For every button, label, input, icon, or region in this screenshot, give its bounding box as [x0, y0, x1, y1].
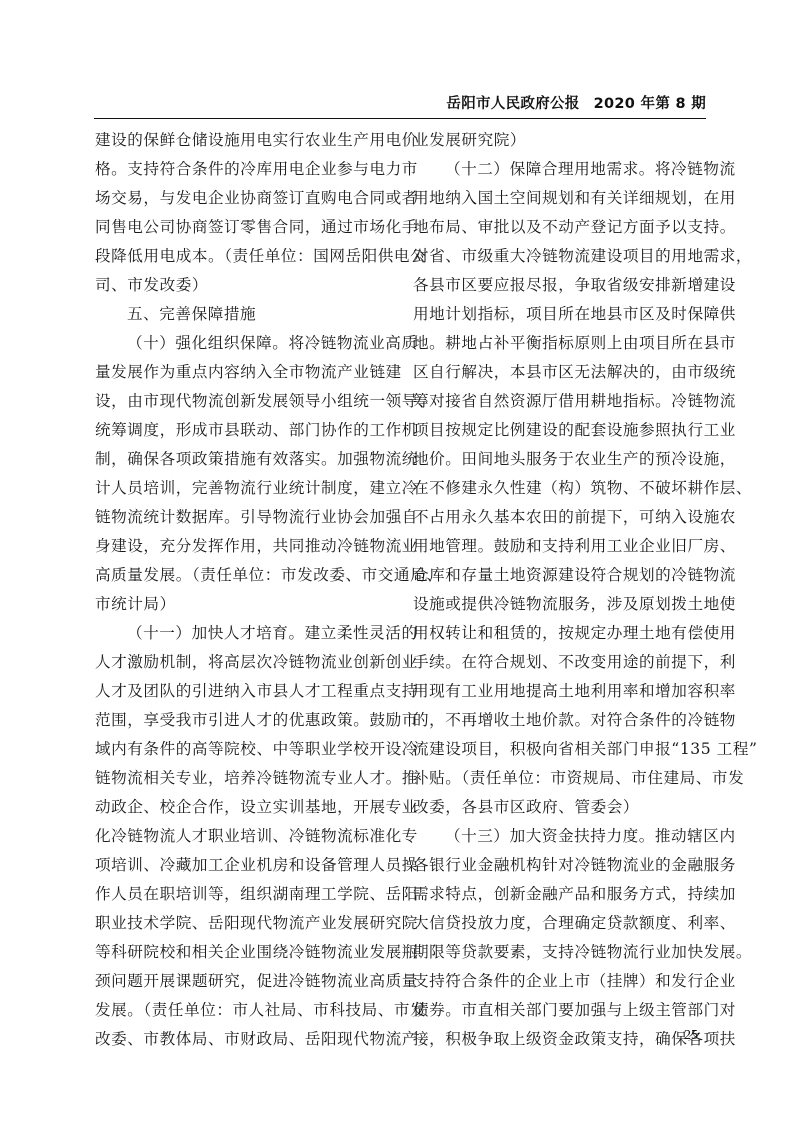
- text-line: （十三）加大资金扶持力度。推动辖区内: [413, 822, 718, 851]
- text-line: 统筹调度，形成市县联动、部门协作的工作机: [95, 416, 400, 445]
- text-line: 用地计划指标，项目所在地县市区及时保障供: [413, 300, 718, 329]
- text-line: 化冷链物流人才职业培训、冷链物流标准化专: [95, 822, 400, 851]
- text-line: 各银行业金融机构针对冷链物流业的金融服务: [413, 851, 718, 880]
- text-line: 场交易，与发电企业协商签订直购电合同或者: [95, 184, 400, 213]
- header-rule: [94, 118, 706, 119]
- text-line: 接，积极争取上级资金政策支持，确保各项扶: [413, 1025, 718, 1054]
- text-line: 职业技术学院、岳阳现代物流产业发展研究院: [95, 909, 400, 938]
- text-line: 链物流统计数据库。引导物流行业协会加强自: [95, 503, 400, 532]
- text-line: 业发展研究院）: [413, 126, 718, 155]
- text-line: 身建设，充分发挥作用，共同推动冷链物流业: [95, 532, 400, 561]
- text-line: 同售电公司协商签订零售合同，通过市场化手: [95, 213, 400, 242]
- text-line: 颈问题开展课题研究，促进冷链物流业高质量: [95, 967, 400, 996]
- text-line: 设，由市现代物流创新发展领导小组统一领导、: [95, 387, 400, 416]
- text-line: （十）强化组织保障。将冷链物流业高质: [95, 329, 400, 358]
- text-line: 项培训、冷藏加工企业机房和设备管理人员操: [95, 851, 400, 880]
- text-line: （十二）保障合理用地需求。将冷链物流: [413, 155, 718, 184]
- text-line: 用权转让和租赁的，按规定办理土地有偿使用: [413, 619, 718, 648]
- text-line: 用地纳入国土空间规划和有关详细规划，在用: [413, 184, 718, 213]
- text-line: 大信贷投放力度，合理确定贷款额度、利率、: [413, 909, 718, 938]
- text-line: 范围，享受我市引进人才的优惠政策。鼓励市: [95, 706, 400, 735]
- text-line: 人才激励机制，将高层次冷链物流业创新创业: [95, 648, 400, 677]
- text-line: 动政企、校企合作，设立实训基地，开展专业: [95, 793, 400, 822]
- text-line: 支持符合条件的企业上市（挂牌）和发行企业: [413, 967, 718, 996]
- right-text-column: 业发展研究院）（十二）保障合理用地需求。将冷链物流用地纳入国土空间规划和有关详细…: [413, 126, 718, 1054]
- text-line: 作人员在职培训等，组织湖南理工学院、岳阳: [95, 880, 400, 909]
- text-line: 各县市区要应报尽报，争取省级安排新增建设: [413, 271, 718, 300]
- text-line: 对省、市级重大冷链物流建设项目的用地需求，: [413, 242, 718, 271]
- text-line: 补贴。（责任单位：市资规局、市住建局、市发: [413, 764, 718, 793]
- text-line: 五、完善保障措施: [95, 300, 400, 329]
- text-line: 手续。在符合规划、不改变用途的前提下，利: [413, 648, 718, 677]
- publication-title: 岳阳市人民政府公报: [446, 96, 579, 112]
- text-line: 仓库和存量土地资源建设符合规划的冷链物流: [413, 561, 718, 590]
- text-line: 段降低用电成本。（责任单位：国网岳阳供电公: [95, 242, 400, 271]
- text-line: 设施或提供冷链物流服务，涉及原划拨土地使: [413, 590, 718, 619]
- text-line: 用地管理。鼓励和支持利用工业企业旧厂房、: [413, 532, 718, 561]
- text-line: 建设的保鲜仓储设施用电实行农业生产用电价: [95, 126, 400, 155]
- text-line: 筹对接省自然资源厅借用耕地指标。冷链物流: [413, 387, 718, 416]
- text-line: 等科研院校和相关企业围绕冷链物流业发展瓶: [95, 938, 400, 967]
- text-line: 高质量发展。（责任单位：市发改委、市交通局、: [95, 561, 400, 590]
- text-line: 量发展作为重点内容纳入全市物流产业链建: [95, 358, 400, 387]
- text-line: 发展。（责任单位：市人社局、市科技局、市发: [95, 996, 400, 1025]
- text-line: 地价。田间地头服务于农业生产的预冷设施，: [413, 445, 718, 474]
- text-line: 市统计局）: [95, 590, 400, 619]
- running-header: 岳阳市人民政府公报2020 年第 8 期: [94, 92, 706, 114]
- text-line: 的，不再增收土地价款。对符合条件的冷链物: [413, 706, 718, 735]
- text-line: 流建设项目，积极向省相关部门申报“135 工程”: [413, 735, 718, 764]
- left-text-column: 建设的保鲜仓储设施用电实行农业生产用电价格。支持符合条件的冷库用电企业参与电力市…: [95, 126, 400, 1054]
- text-line: 司、市发改委）: [95, 271, 400, 300]
- text-line: 不占用永久基本农田的前提下，可纳入设施农: [413, 503, 718, 532]
- issue-label: 2020 年第 8 期: [594, 96, 706, 112]
- text-line: 地布局、审批以及不动产登记方面予以支持。: [413, 213, 718, 242]
- page-number: 25: [684, 1028, 698, 1044]
- text-line: 人才及团队的引进纳入市县人才工程重点支持: [95, 677, 400, 706]
- text-line: （十一）加快人才培育。建立柔性灵活的: [95, 619, 400, 648]
- text-line: 需求特点，创新金融产品和服务方式，持续加: [413, 880, 718, 909]
- text-line: 地。耕地占补平衡指标原则上由项目所在县市: [413, 329, 718, 358]
- text-line: 区自行解决，本县市区无法解决的，由市级统: [413, 358, 718, 387]
- text-line: 域内有条件的高等院校、中等职业学校开设冷: [95, 735, 400, 764]
- text-line: 在不修建永久性建（构）筑物、不破坏耕作层、: [413, 474, 718, 503]
- text-line: 计人员培训，完善物流行业统计制度，建立冷: [95, 474, 400, 503]
- text-line: 制，确保各项政策措施有效落实。加强物流统: [95, 445, 400, 474]
- text-line: 项目按规定比例建设的配套设施参照执行工业: [413, 416, 718, 445]
- text-line: 格。支持符合条件的冷库用电企业参与电力市: [95, 155, 400, 184]
- text-line: 链物流相关专业，培养冷链物流专业人才。推: [95, 764, 400, 793]
- text-line: 改委、市教体局、市财政局、岳阳现代物流产: [95, 1025, 400, 1054]
- text-line: 债券。市直相关部门要加强与上级主管部门对: [413, 996, 718, 1025]
- text-line: 改委，各县市区政府、管委会）: [413, 793, 718, 822]
- text-line: 用现有工业用地提高土地利用率和增加容积率: [413, 677, 718, 706]
- text-line: 期限等贷款要素，支持冷链物流行业加快发展。: [413, 938, 718, 967]
